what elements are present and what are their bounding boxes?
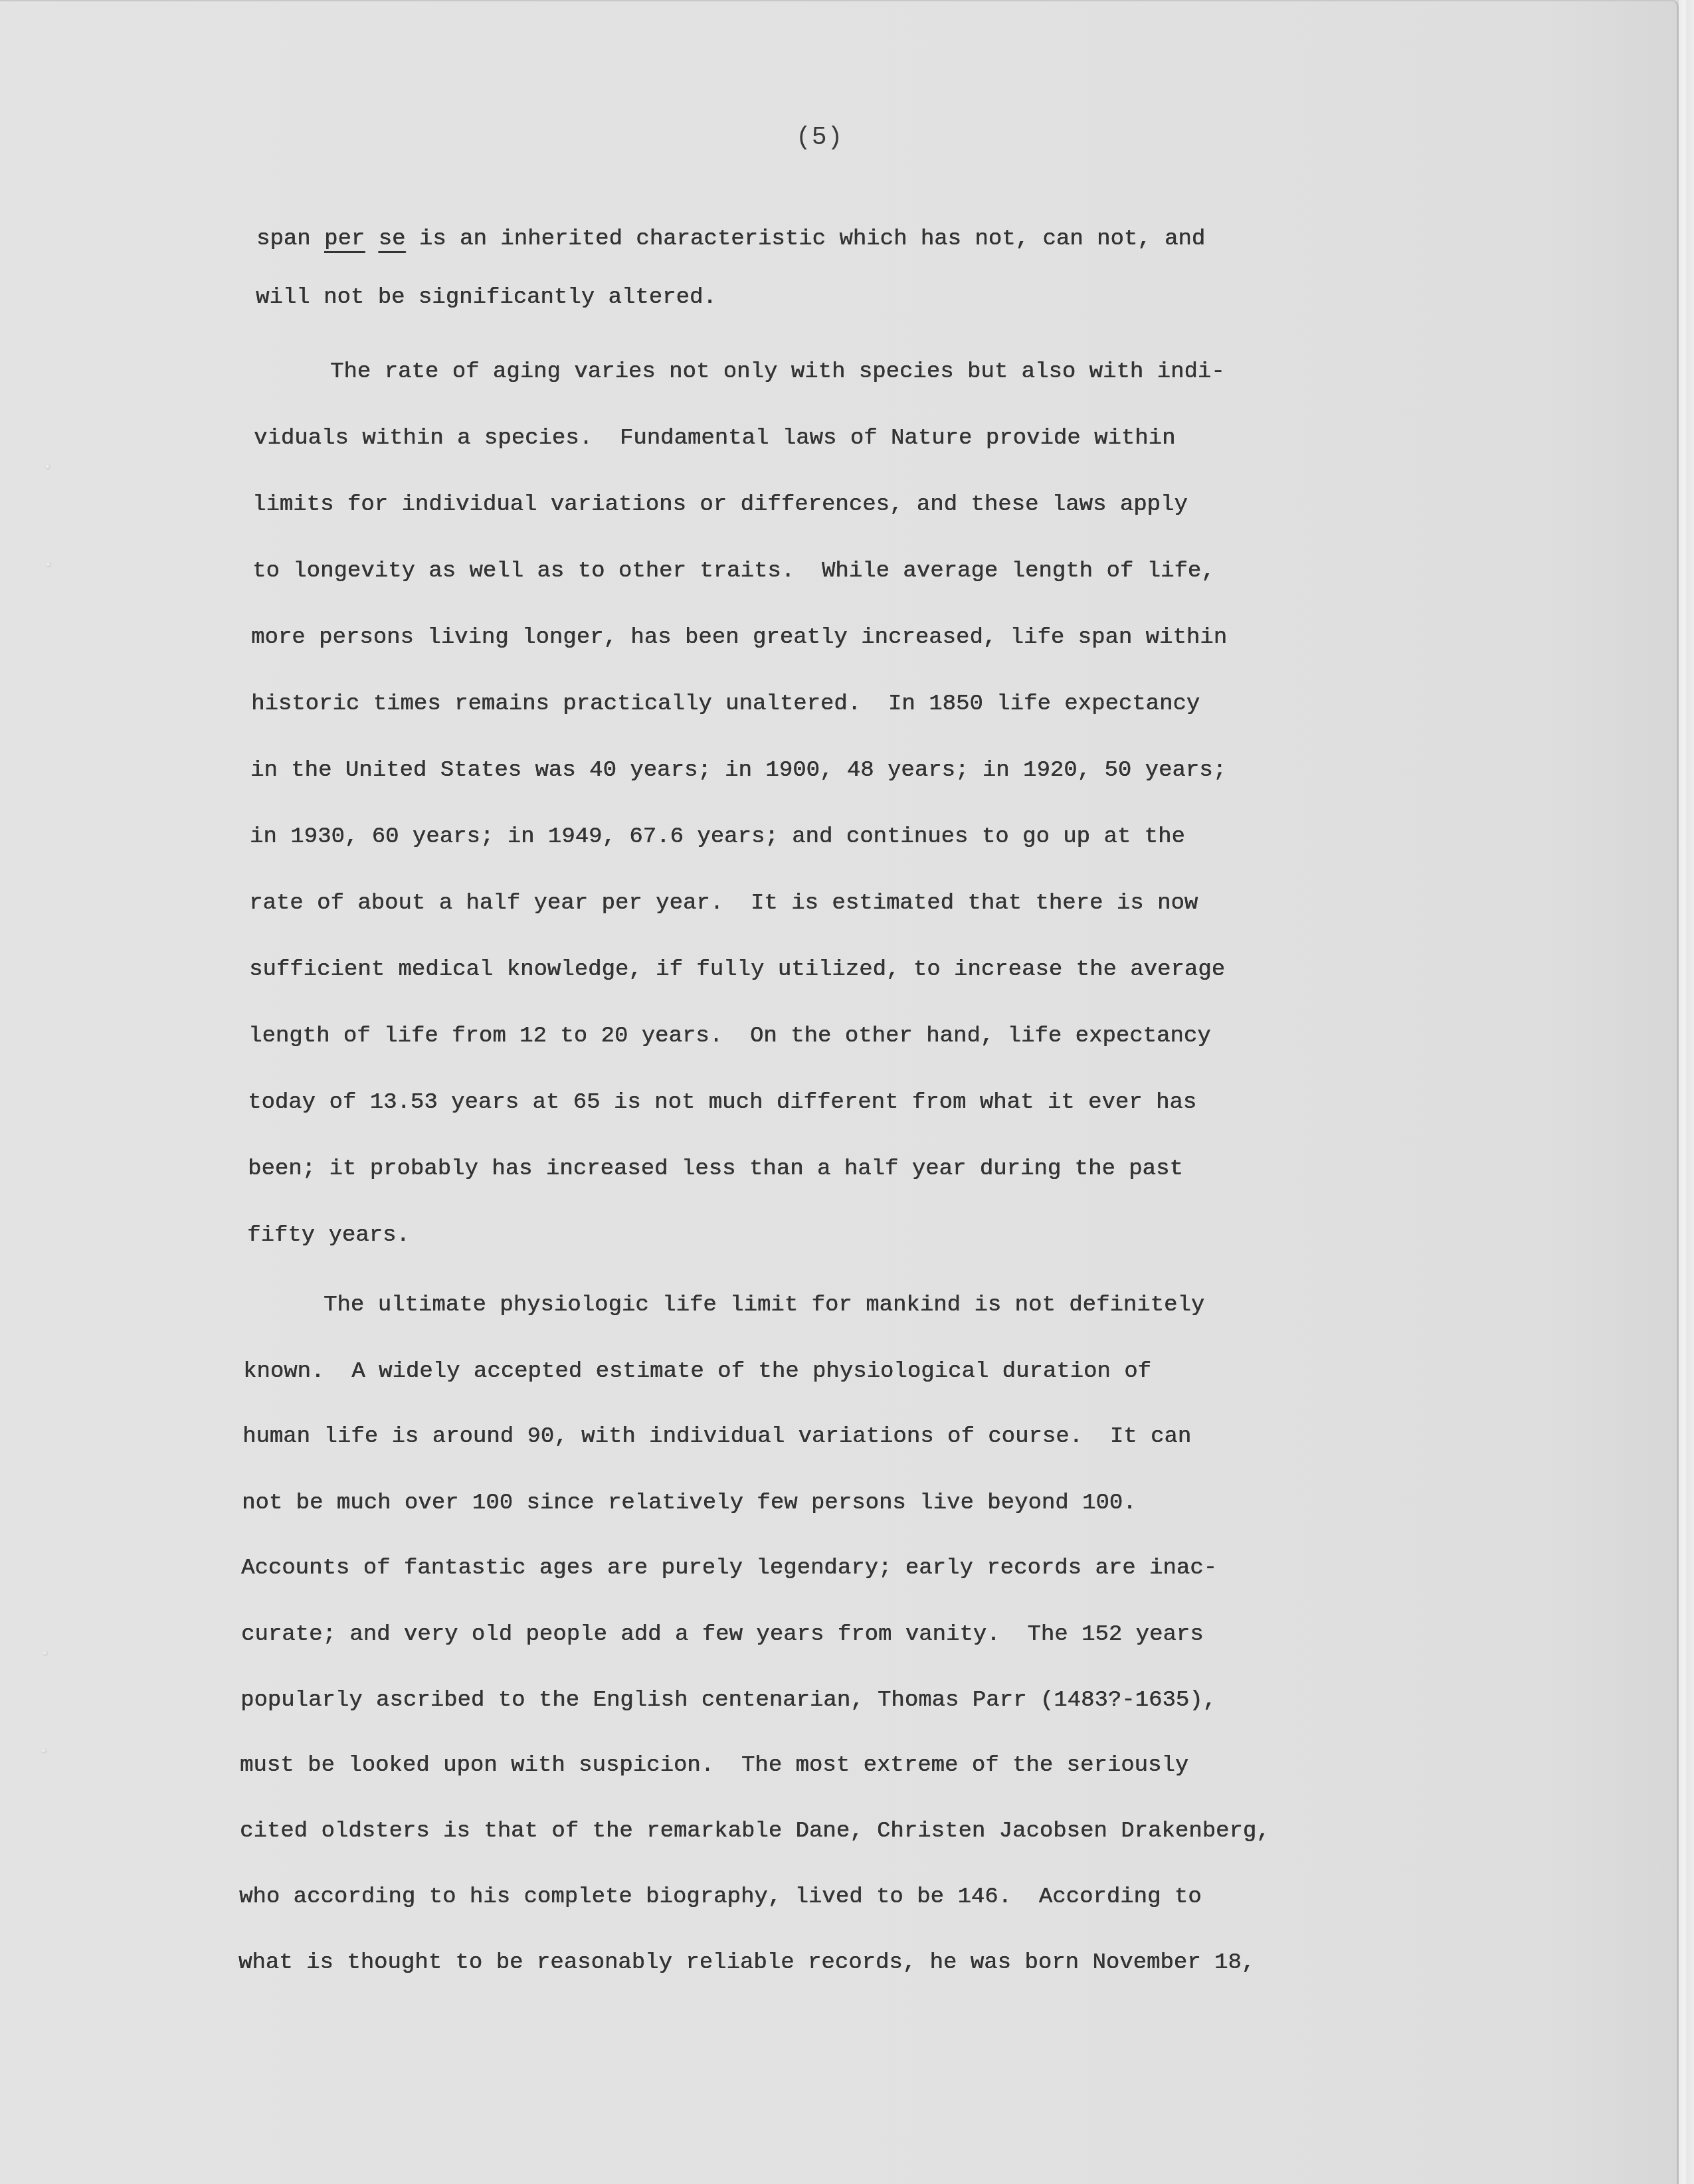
text-line: curate; and very old people add a few ye… bbox=[241, 1621, 1204, 1648]
text-line: known. A widely accepted estimate of the… bbox=[243, 1358, 1151, 1385]
text-run: span bbox=[256, 227, 324, 252]
text-line: human life is around 90, with individual… bbox=[242, 1423, 1191, 1450]
text-line: will not be significantly altered. bbox=[256, 284, 717, 311]
scanner-edge bbox=[1679, 0, 1694, 2184]
text-line: been; it probably has increased less tha… bbox=[248, 1156, 1183, 1182]
text-line: span per se is an inherited characterist… bbox=[256, 226, 1205, 252]
text-line: not be much over 100 since relatively fe… bbox=[242, 1490, 1137, 1516]
text-line: today of 13.53 years at 65 is not much d… bbox=[248, 1089, 1196, 1116]
text-line: viduals within a species. Fundamental la… bbox=[254, 425, 1175, 452]
scan-speck bbox=[43, 1651, 48, 1656]
underlined-term-per: per bbox=[324, 227, 365, 252]
text-line: cited oldsters is that of the remarkable… bbox=[240, 1818, 1270, 1845]
scan-speck bbox=[41, 1748, 47, 1754]
text-line: Accounts of fantastic ages are purely le… bbox=[241, 1555, 1217, 1582]
text-run bbox=[365, 227, 378, 252]
text-line: rate of about a half year per year. It i… bbox=[249, 890, 1198, 917]
page-number: (5) bbox=[796, 124, 843, 152]
text-line: popularly ascribed to the English centen… bbox=[240, 1687, 1216, 1714]
text-line: more persons living longer, has been gre… bbox=[251, 624, 1227, 651]
text-line: limits for individual variations or diff… bbox=[252, 492, 1188, 518]
text-line: who according to his complete biography,… bbox=[239, 1884, 1202, 1910]
text-line: historic times remains practically unalt… bbox=[251, 691, 1200, 717]
document-page: (5) span per se is an inherited characte… bbox=[0, 0, 1679, 2184]
scan-speck bbox=[45, 464, 50, 470]
underlined-term-se: se bbox=[379, 227, 406, 252]
text-line: sufficient medical knowledge, if fully u… bbox=[249, 956, 1225, 983]
text-line: in the United States was 40 years; in 19… bbox=[250, 757, 1226, 784]
text-run: is an inherited characteristic which has… bbox=[405, 227, 1205, 252]
text-line: must be looked upon with suspicion. The … bbox=[240, 1752, 1188, 1779]
scan-speck bbox=[46, 562, 51, 567]
text-line: to longevity as well as to other traits.… bbox=[252, 558, 1215, 585]
text-line: what is thought to be reasonably reliabl… bbox=[238, 1950, 1255, 1976]
text-line: length of life from 12 to 20 years. On t… bbox=[248, 1023, 1211, 1049]
text-line: in 1930, 60 years; in 1949, 67.6 years; … bbox=[250, 824, 1185, 850]
text-line: The ultimate physiologic life limit for … bbox=[256, 1292, 1204, 1319]
text-line: The rate of aging varies not only with s… bbox=[262, 359, 1225, 385]
text-line: fifty years. bbox=[247, 1222, 410, 1249]
